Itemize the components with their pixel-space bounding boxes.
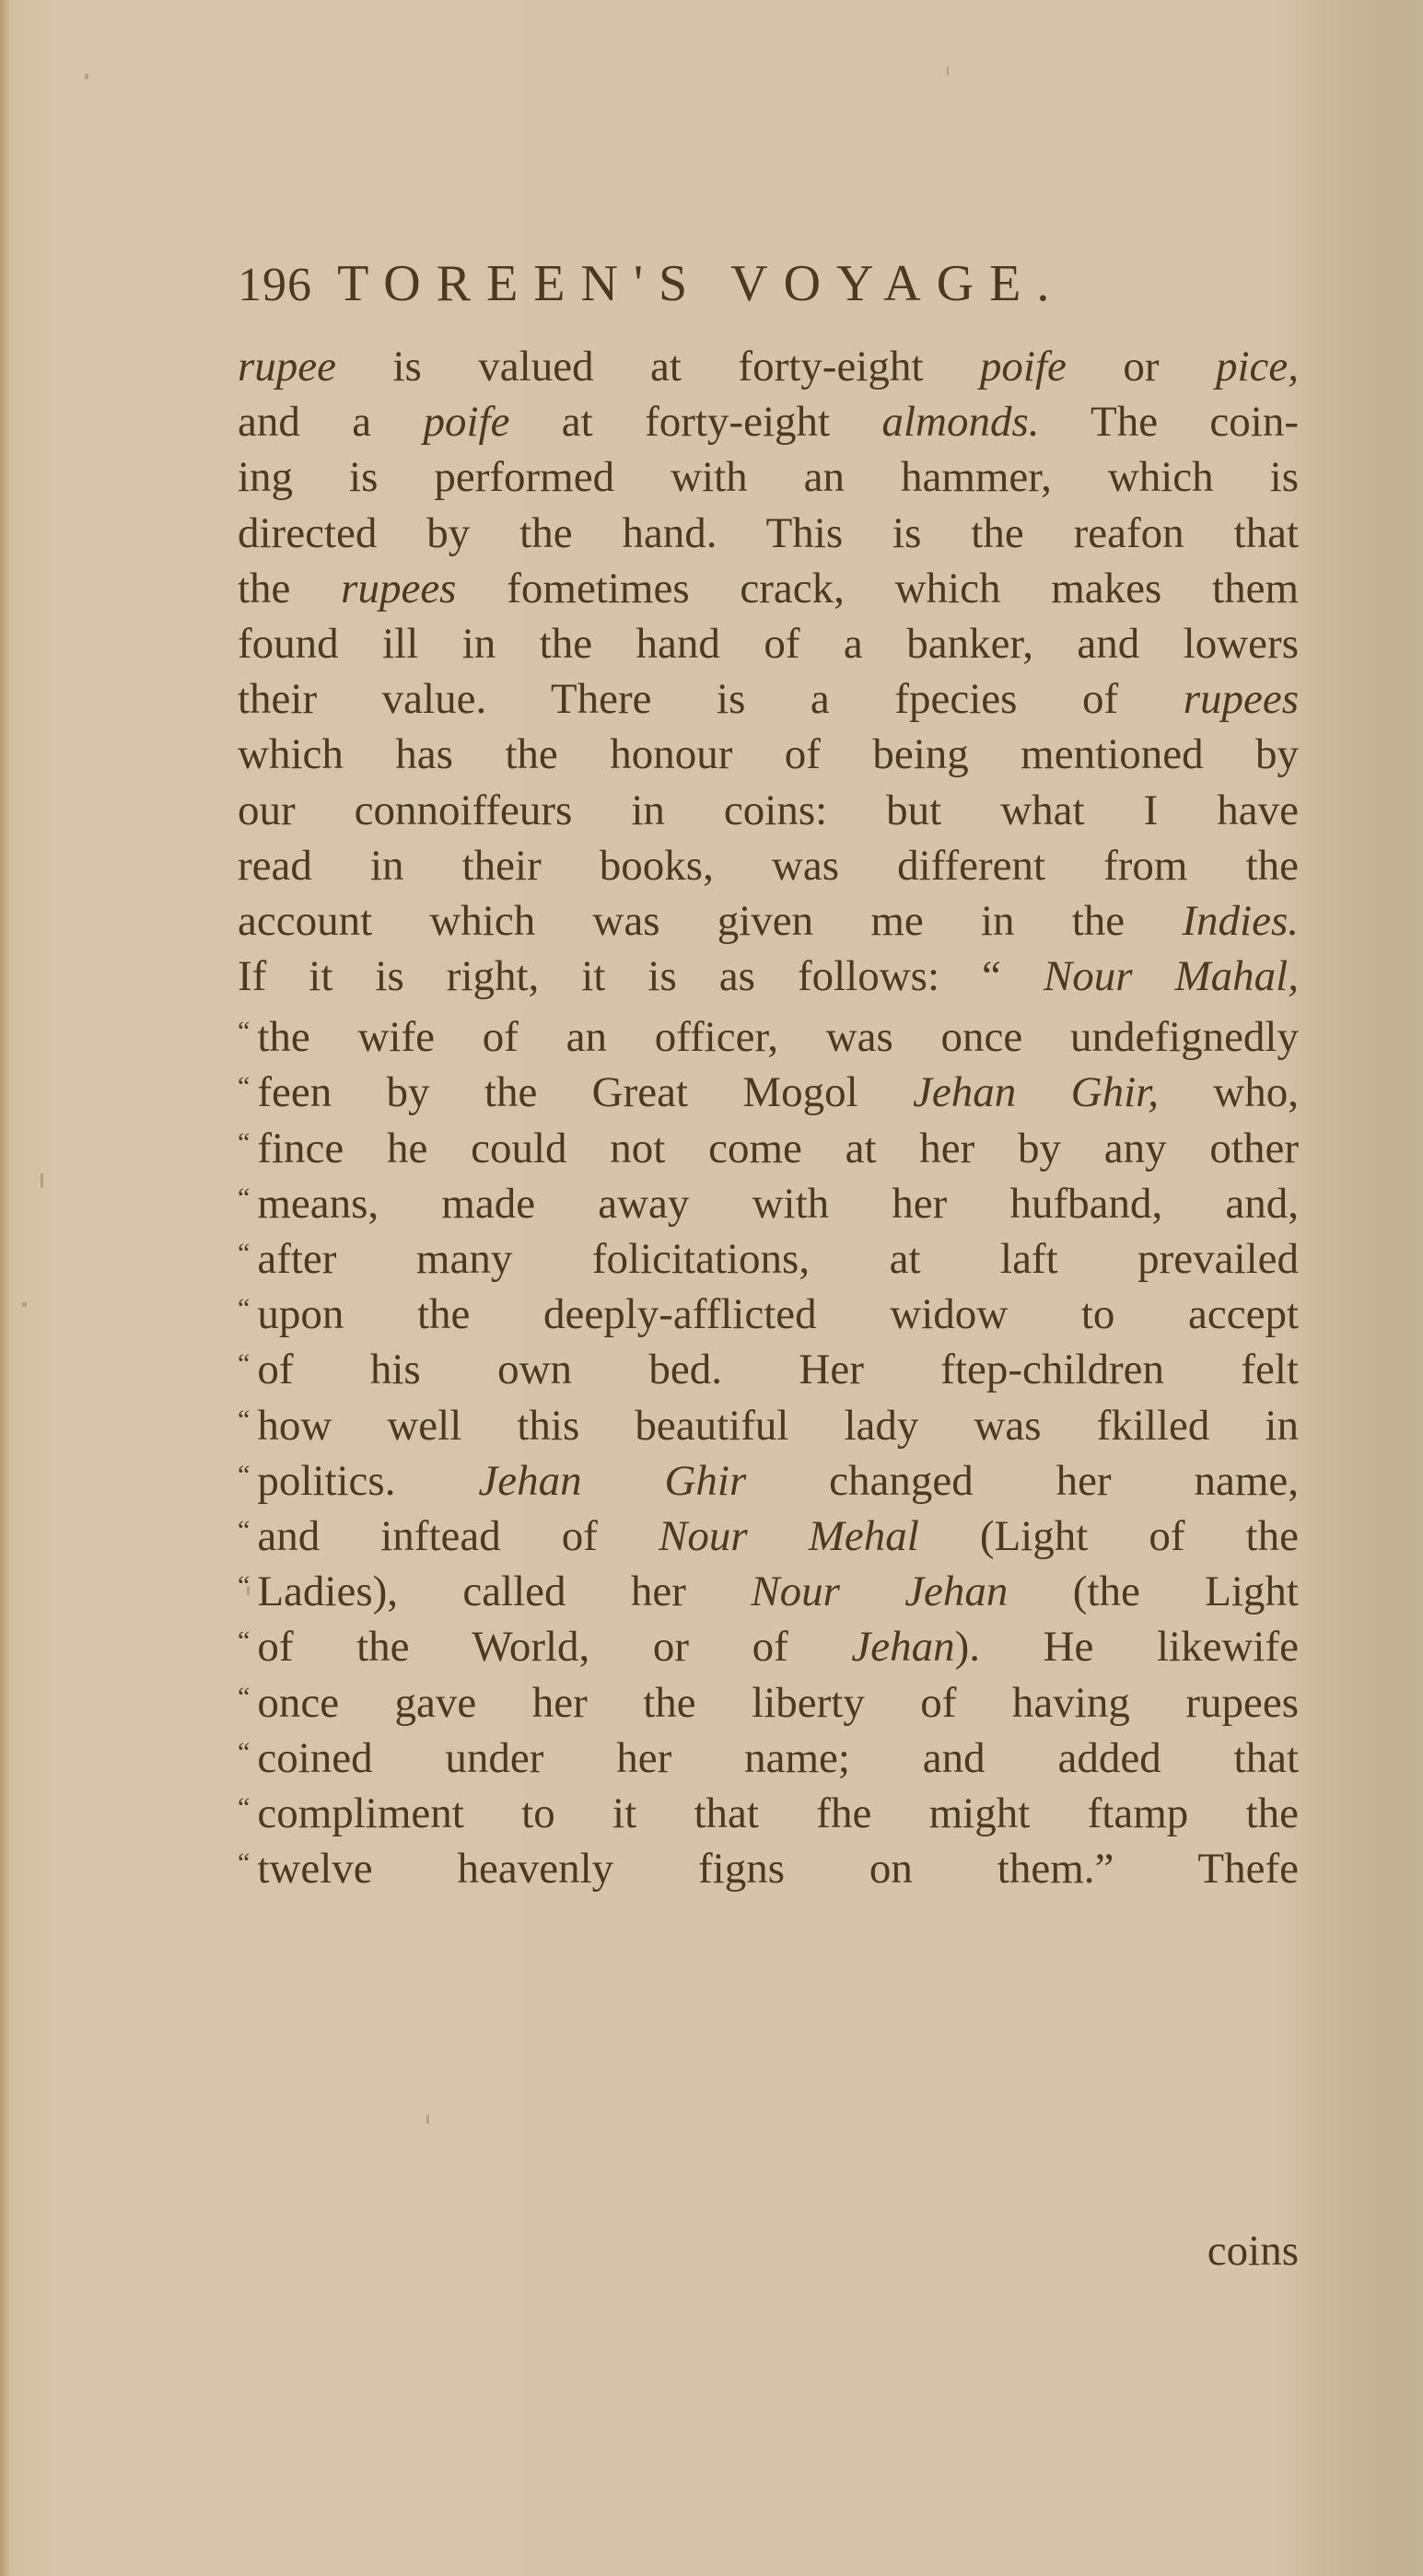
text-line: “of his own bed. Her ftep-children felt <box>238 1336 1299 1392</box>
italic-text: almonds. <box>881 398 1039 446</box>
text-line: read in their books, was different from … <box>238 838 1299 893</box>
roman-text: upon the deeply-afflicted widow to accep… <box>257 1290 1299 1338</box>
text-line: “how well this beautiful lady was fkille… <box>238 1393 1299 1448</box>
text-line: “compliment to it that fhe might ftamp t… <box>238 1780 1299 1836</box>
quotation-mark: “ <box>238 1348 248 1379</box>
roman-text: the wife of an officer, was once undefig… <box>257 1013 1299 1061</box>
quotation-mark: “ <box>238 1127 248 1158</box>
quotation-mark: “ <box>238 1847 248 1878</box>
text-line: which has the honour of being mentioned … <box>238 727 1299 782</box>
italic-text: Nour Jehan <box>751 1568 1008 1615</box>
text-line: directed by the hand. This is the reafon… <box>238 506 1299 561</box>
roman-text: of the World, or of <box>257 1623 851 1671</box>
text-line: “coined under her name; and added that <box>238 1725 1299 1780</box>
roman-text: directed by the hand. This is the reafon… <box>238 509 1299 557</box>
quotation-mark: “ <box>238 1405 248 1435</box>
italic-text: poife <box>980 343 1067 390</box>
quotation-mark: “ <box>238 1737 248 1767</box>
roman-text: the <box>238 565 341 612</box>
page-number: 196 <box>238 259 312 311</box>
quotation-mark: “ <box>238 1238 248 1268</box>
text-line: “the wife of an officer, was once undefi… <box>238 1004 1299 1059</box>
roman-text: which has the honour of being mentioned … <box>238 730 1299 778</box>
italic-text: rupees <box>341 565 456 612</box>
italic-text: Jehan Ghir, <box>913 1068 1159 1116</box>
roman-text: politics. <box>257 1457 478 1505</box>
roman-text: twelve heavenly figns on them.” Thefe <box>257 1845 1299 1893</box>
roman-text: is valued at forty-eight <box>336 343 980 390</box>
italic-text: Nour Mehal <box>659 1512 919 1560</box>
roman-text: coined under her name; and added that <box>257 1734 1299 1782</box>
running-head: TOREEN'S VOYAGE. <box>337 255 1065 312</box>
roman-text: If it is right, it is as follows: “ <box>238 952 1044 1000</box>
italic-text: Indies. <box>1182 897 1299 945</box>
roman-text: how well this beautiful lady was fkilled… <box>257 1402 1299 1450</box>
body-text: rupee is valued at forty-eight poife or … <box>238 339 1299 1891</box>
text-line: “and inftead of Nour Mehal (Light of the <box>238 1503 1299 1558</box>
roman-text: The coin- <box>1039 398 1299 446</box>
roman-text: compliment to it that fhe might ftamp th… <box>257 1789 1299 1837</box>
italic-text: rupee <box>238 343 336 390</box>
roman-text: who, <box>1159 1068 1299 1116</box>
text-line: our connoiffeurs in coins: but what I ha… <box>238 783 1299 838</box>
text-line: their value. There is a fpecies of rupee… <box>238 671 1299 727</box>
italic-text: pice, <box>1216 343 1299 390</box>
text-line: “twelve heavenly figns on them.” Thefe <box>238 1836 1299 1891</box>
quotation-mark: “ <box>238 1183 248 1213</box>
page-header: 196 TOREEN'S VOYAGE. <box>238 254 1306 319</box>
roman-text: read in their books, was different from … <box>238 842 1299 890</box>
text-line: “after many folicitations, at laft preva… <box>238 1226 1299 1281</box>
text-line: “Ladies), called her Nour Jehan (the Lig… <box>238 1558 1299 1614</box>
paper-speck <box>85 74 88 79</box>
page-spine-shadow <box>0 0 9 2576</box>
roman-text: fometimes crack, which makes them <box>456 565 1299 612</box>
roman-text: Ladies), called her <box>257 1568 751 1615</box>
quotation-mark: “ <box>238 1071 248 1102</box>
quotation-mark: “ <box>238 1682 248 1712</box>
roman-text: and a <box>238 398 423 446</box>
roman-text: means, made away with her hufband, and, <box>257 1180 1299 1228</box>
quotation-mark: “ <box>238 1792 248 1823</box>
text-line: and a poife at forty-eight almonds. The … <box>238 394 1299 449</box>
roman-text: at forty-eight <box>509 398 881 446</box>
quotation-mark: “ <box>238 1515 248 1545</box>
roman-text: feen by the Great Mogol <box>257 1068 913 1116</box>
roman-text: fince he could not come at her by any ot… <box>257 1125 1299 1172</box>
paper-speck <box>947 66 949 76</box>
roman-text: found ill in the hand of a banker, and l… <box>238 620 1299 668</box>
paper-speck <box>426 2115 429 2124</box>
text-line: the rupees fometimes crack, which makes … <box>238 561 1299 616</box>
text-line: “feen by the Great Mogol Jehan Ghir, who… <box>238 1059 1299 1114</box>
paper-speck <box>41 1173 43 1188</box>
roman-text: our connoiffeurs in coins: but what I ha… <box>238 787 1299 834</box>
paper-speck <box>22 1302 27 1307</box>
catchword-row: coins <box>238 2223 1299 2279</box>
roman-text: ). He likewife <box>955 1623 1299 1671</box>
quotation-mark: “ <box>238 1016 248 1046</box>
quotation-mark: “ <box>238 1570 248 1601</box>
italic-text: Nour Mahal, <box>1044 952 1299 1000</box>
text-line: “fince he could not come at her by any o… <box>238 1115 1299 1171</box>
catchword: coins <box>1207 2227 1299 2275</box>
italic-text: Jehan Ghir <box>478 1457 746 1505</box>
text-line: If it is right, it is as follows: “ Nour… <box>238 949 1299 1004</box>
italic-text: rupees <box>1184 675 1299 723</box>
text-line: “of the World, or of Jehan). He likewife <box>238 1614 1299 1669</box>
text-line: “upon the deeply-afflicted widow to acce… <box>238 1281 1299 1336</box>
italic-text: Jehan <box>851 1623 954 1671</box>
text-line: rupee is valued at forty-eight poife or … <box>238 339 1299 394</box>
quotation-mark: “ <box>238 1293 248 1323</box>
text-line: “once gave her the liberty of having rup… <box>238 1670 1299 1725</box>
text-line: found ill in the hand of a banker, and l… <box>238 616 1299 671</box>
roman-text: account which was given me in the <box>238 897 1182 945</box>
roman-text: of his own bed. Her ftep-children felt <box>257 1346 1299 1393</box>
roman-text: once gave her the liberty of having rupe… <box>257 1679 1299 1727</box>
text-line: ing is performed with an hammer, which i… <box>238 449 1299 505</box>
italic-text: poife <box>423 398 509 446</box>
roman-text: changed her name, <box>746 1457 1299 1505</box>
roman-text: their value. There is a fpecies of <box>238 675 1184 723</box>
quotation-mark: “ <box>238 1460 248 1490</box>
roman-text: after many folicitations, at laft prevai… <box>257 1235 1299 1283</box>
text-line: “politics. Jehan Ghir changed her name, <box>238 1448 1299 1503</box>
quotation-mark: “ <box>238 1626 248 1656</box>
roman-text: ing is performed with an hammer, which i… <box>238 453 1299 501</box>
text-line: account which was given me in the Indies… <box>238 893 1299 949</box>
roman-text: or <box>1067 343 1216 390</box>
roman-text: (the Light <box>1008 1568 1299 1615</box>
text-line: “means, made away with her hufband, and, <box>238 1171 1299 1226</box>
roman-text: (Light of the <box>919 1512 1299 1560</box>
roman-text: and inftead of <box>257 1512 659 1560</box>
